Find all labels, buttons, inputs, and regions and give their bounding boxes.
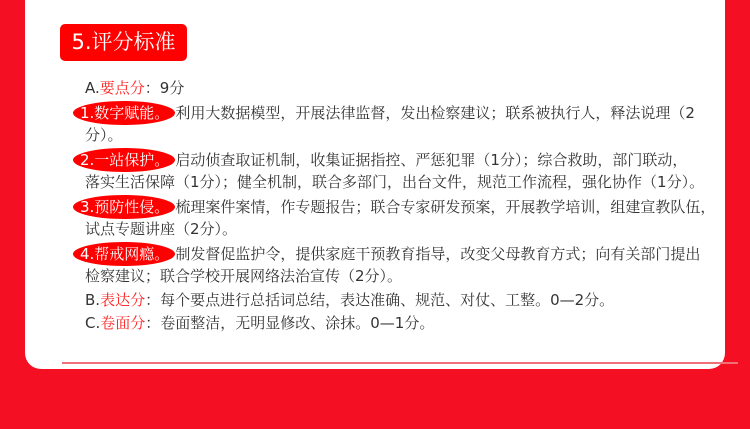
point-tag: 2.一站保护。 <box>73 148 175 172</box>
criterion-label: 表达分 <box>100 291 145 309</box>
criterion-prefix: B. <box>85 291 100 309</box>
point-text: 梳理案件案情，作专题报告；联合专家研发预案，开展教学培训，组建宣教队伍， <box>175 198 715 216</box>
criterion-a: A.要点分：9分 <box>85 77 745 101</box>
criterion-text: ：每个要点进行总括词总结，表达准确、规范、对仗、工整。0—2分。 <box>145 291 614 309</box>
scoring-criteria: A.要点分：9分 1.数字赋能。利用大数据模型，开展法律监督，发出检察建议；联系… <box>85 77 745 336</box>
point-1: 1.数字赋能。利用大数据模型，开展法律监督，发出检察建议；联系被执行人，释法说理… <box>85 101 745 125</box>
bottom-divider <box>62 362 738 364</box>
criterion-label: 要点分 <box>100 79 145 97</box>
content-card: 5.评分标准 A.要点分：9分 1.数字赋能。利用大数据模型，开展法律监督，发出… <box>25 0 725 369</box>
point-2-cont: 落实生活保障（1分）；健全机制，联合多部门，出台文件，规范工作流程，强化协作（1… <box>85 171 745 195</box>
point-4: 4.帮戒网瘾。制发督促监护令，提供家庭干预教育指导，改变父母教育方式；向有关部门… <box>85 242 745 266</box>
point-4-cont: 检察建议；联合学校开展网络法治宣传（2分）。 <box>85 265 745 289</box>
criterion-c: C.卷面分：卷面整洁，无明显修改、涂抹。0—1分。 <box>85 312 745 336</box>
criterion-prefix: A. <box>85 79 100 97</box>
criterion-label: 卷面分 <box>100 314 145 332</box>
criterion-text: ：卷面整洁，无明显修改、涂抹。0—1分。 <box>145 314 434 332</box>
point-tag: 4.帮戒网瘾。 <box>73 242 175 266</box>
point-2: 2.一站保护。启动侦查取证机制，收集证据指控、严惩犯罪（1分）；综合救助，部门联… <box>85 148 745 172</box>
point-tag: 1.数字赋能。 <box>73 101 175 125</box>
criterion-text: ：9分 <box>145 79 185 97</box>
criterion-prefix: C. <box>85 314 100 332</box>
criterion-b: B.表达分：每个要点进行总括词总结，表达准确、规范、对仗、工整。0—2分。 <box>85 289 745 313</box>
point-text: 利用大数据模型，开展法律监督，发出检察建议；联系被执行人，释法说理（2 <box>175 104 695 122</box>
point-3-cont: 试点专题讲座（2分）。 <box>85 218 745 242</box>
point-tag: 3.预防性侵。 <box>73 195 175 219</box>
section-title: 5.评分标准 <box>60 24 187 61</box>
point-3: 3.预防性侵。梳理案件案情，作专题报告；联合专家研发预案，开展教学培训，组建宣教… <box>85 195 745 219</box>
point-text: 制发督促监护令，提供家庭干预教育指导，改变父母教育方式；向有关部门提出 <box>175 245 700 263</box>
point-1-cont: 分）。 <box>85 124 745 148</box>
point-text: 启动侦查取证机制，收集证据指控、严惩犯罪（1分）；综合救助，部门联动， <box>175 151 687 169</box>
